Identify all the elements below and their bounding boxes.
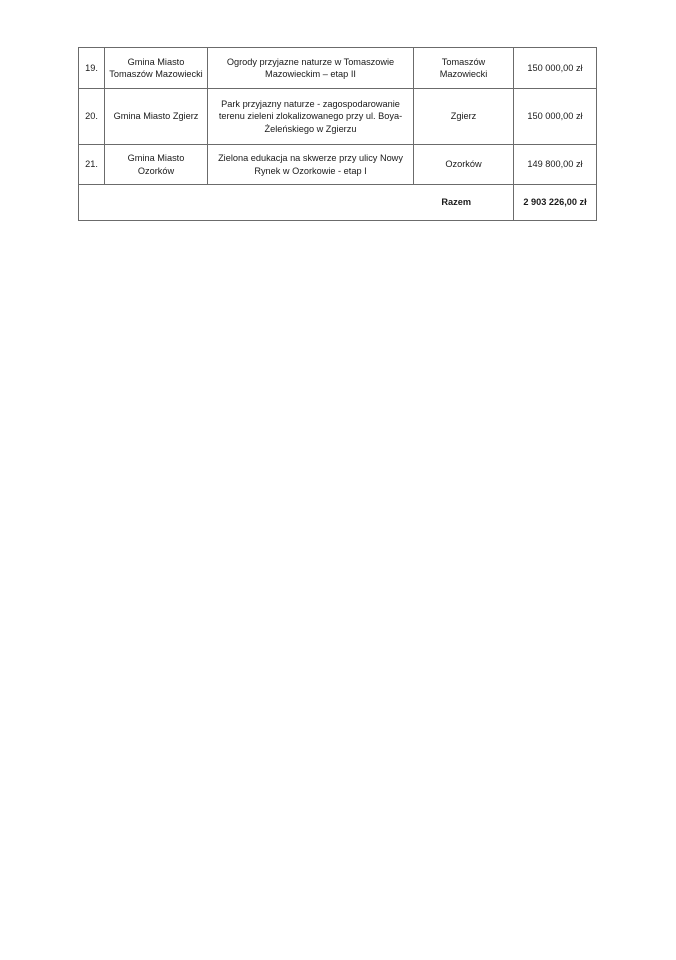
applicant-cell: Gmina Miasto Ozorków bbox=[105, 145, 208, 185]
table-row: 21. Gmina Miasto Ozorków Zielona edukacj… bbox=[79, 145, 597, 185]
row-number: 19. bbox=[79, 48, 105, 89]
amount-cell: 149 800,00 zł bbox=[514, 145, 597, 185]
table-row: 19. Gmina Miasto Tomaszów Mazowiecki Ogr… bbox=[79, 48, 597, 89]
amount-cell: 150 000,00 zł bbox=[514, 48, 597, 89]
table-row: 20. Gmina Miasto Zgierz Park przyjazny n… bbox=[79, 89, 597, 145]
row-number: 20. bbox=[79, 89, 105, 145]
grants-table: 19. Gmina Miasto Tomaszów Mazowiecki Ogr… bbox=[78, 47, 597, 221]
total-label: Razem bbox=[79, 185, 514, 221]
total-amount: 2 903 226,00 zł bbox=[514, 185, 597, 221]
total-row: Razem 2 903 226,00 zł bbox=[79, 185, 597, 221]
project-title-cell: Park przyjazny naturze - zagospodarowani… bbox=[208, 89, 414, 145]
place-cell: Zgierz bbox=[414, 89, 514, 145]
project-title-cell: Zielona edukacja na skwerze przy ulicy N… bbox=[208, 145, 414, 185]
project-title-cell: Ogrody przyjazne naturze w Tomaszowie Ma… bbox=[208, 48, 414, 89]
applicant-cell: Gmina Miasto Tomaszów Mazowiecki bbox=[105, 48, 208, 89]
place-cell: Tomaszów Mazowiecki bbox=[414, 48, 514, 89]
place-cell: Ozorków bbox=[414, 145, 514, 185]
row-number: 21. bbox=[79, 145, 105, 185]
applicant-cell: Gmina Miasto Zgierz bbox=[105, 89, 208, 145]
amount-cell: 150 000,00 zł bbox=[514, 89, 597, 145]
document-page: 19. Gmina Miasto Tomaszów Mazowiecki Ogr… bbox=[0, 0, 676, 960]
